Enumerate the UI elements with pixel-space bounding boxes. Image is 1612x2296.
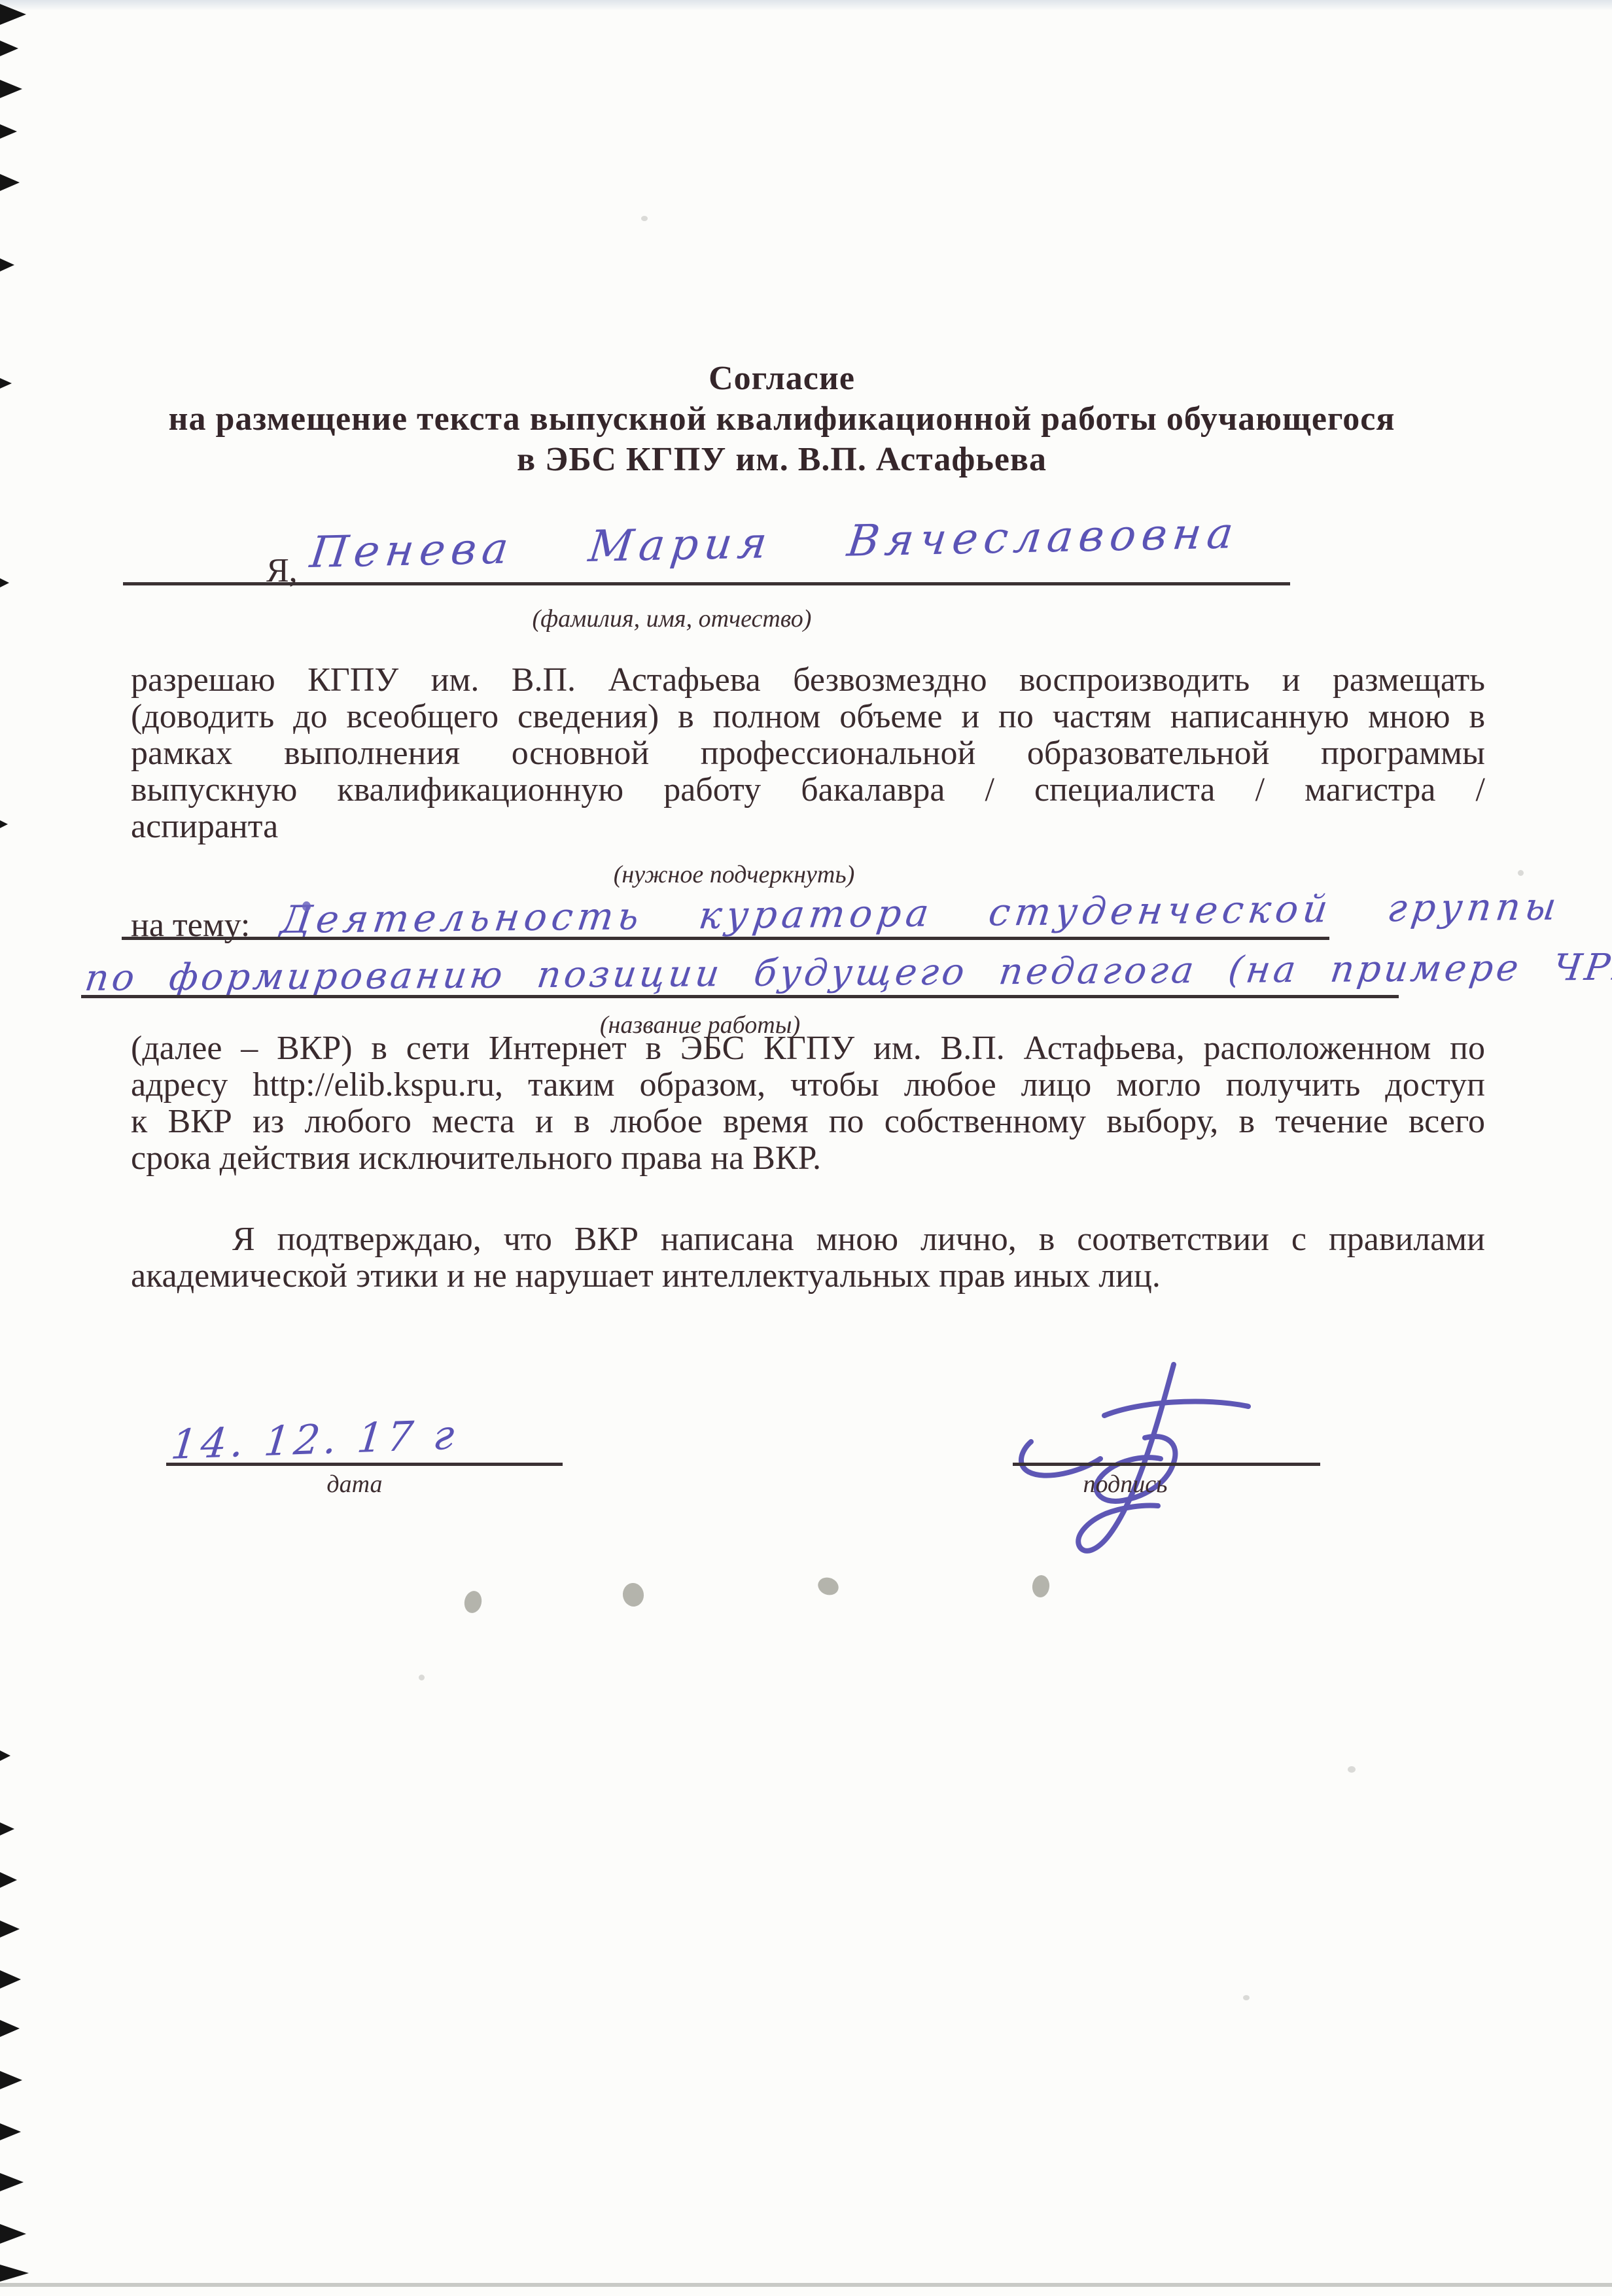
dust-speck <box>419 1675 425 1680</box>
handwritten-signature <box>989 1359 1277 1556</box>
name-caption: (фамилия, имя, отчество) <box>533 604 812 633</box>
scan-edge-mark <box>0 2071 22 2089</box>
scan-edge-mark <box>0 378 12 389</box>
scan-edge-mark <box>0 2265 29 2282</box>
scan-edge-mark <box>0 258 14 271</box>
dust-speck <box>641 216 648 221</box>
topic-underline-rule-2 <box>81 995 1399 998</box>
scan-edge-mark <box>0 1872 17 1888</box>
scan-edge-mark <box>0 124 17 139</box>
paragraph-line: (далее – ВКР) в сети Интернет в ЭБС КГПУ… <box>131 1030 1485 1067</box>
signature-caption: подпись <box>1083 1470 1168 1499</box>
paragraph-line: (доводить до всеобщего сведения) в полно… <box>131 699 1485 735</box>
scan-edge-mark <box>0 1970 21 1989</box>
scan-speck <box>622 1582 646 1608</box>
handwritten-topic-line-2: по формированию позиции будущего педагог… <box>82 945 1612 1000</box>
handwritten-date: 14. 12. 17 г <box>169 1410 461 1469</box>
scan-edge-mark <box>0 174 20 191</box>
paragraph-line: к ВКР из любого места и в любое время по… <box>131 1104 1485 1140</box>
dust-speck <box>1348 1766 1356 1773</box>
document-title: Согласие на размещение текста выпускной … <box>85 358 1479 480</box>
paragraph-access: (далее – ВКР) в сети Интернет в ЭБС КГПУ… <box>131 1030 1485 1177</box>
paragraph-line: разрешаю КГПУ им. В.П. Астафьева безвозм… <box>131 662 1485 699</box>
scan-edge-mark <box>0 2020 20 2037</box>
paragraph-line: выпускную квалификационную работу бакала… <box>131 772 1485 809</box>
dust-speck <box>1243 1995 1250 2000</box>
title-line-3: в ЭБС КГПУ им. В.П. Астафьева <box>85 440 1479 480</box>
paragraph-line: адресу http://elib.kspu.ru, таким образо… <box>131 1067 1485 1104</box>
signature-rule <box>1013 1463 1320 1466</box>
paragraph-line: рамках выполнения основной профессиональ… <box>131 735 1485 772</box>
paragraph-permission: разрешаю КГПУ им. В.П. Астафьева безвозм… <box>131 662 1485 845</box>
scan-speck <box>463 1590 484 1615</box>
scan-speck <box>1031 1574 1050 1599</box>
scan-edge-mark <box>0 80 22 98</box>
scan-edge-mark <box>0 1921 20 1938</box>
scan-edge-mark <box>0 2173 24 2191</box>
scan-edge-mark <box>0 1750 10 1761</box>
paragraph-confirmation: Я подтверждаю, что ВКР написана мною лич… <box>131 1221 1485 1295</box>
scan-bottom-edge-artifact <box>0 2283 1612 2287</box>
scanned-consent-document: Согласие на размещение текста выпускной … <box>0 0 1612 2296</box>
name-underline-rule <box>123 582 1290 585</box>
paragraph-line: академической этики и не нарушает интелл… <box>131 1258 1485 1295</box>
handwritten-name: Пенева Мария Вячеславовна <box>307 508 1242 578</box>
scan-edge-mark <box>0 2123 21 2140</box>
scan-edge-mark <box>0 2224 26 2244</box>
scan-edge-mark <box>0 820 8 828</box>
underline-note: (нужное подчеркнуть) <box>614 860 855 889</box>
scan-top-edge-artifact <box>0 0 1612 10</box>
paragraph-line: аспиранта <box>131 809 1485 845</box>
date-caption: дата <box>326 1470 382 1499</box>
paragraph-line: срока действия исключительного права на … <box>131 1140 1485 1177</box>
scan-edge-mark <box>0 41 18 56</box>
topic-underline-rule-1 <box>122 937 1329 940</box>
scan-speck <box>816 1574 841 1597</box>
title-line-2: на размещение текста выпускной квалифика… <box>85 399 1479 440</box>
scan-edge-mark <box>0 578 9 587</box>
paragraph-line: Я подтверждаю, что ВКР написана мною лич… <box>131 1221 1485 1258</box>
title-line-1: Согласие <box>85 358 1479 399</box>
date-rule <box>166 1463 563 1466</box>
dust-speck <box>1518 870 1524 876</box>
scan-edge-mark <box>0 1822 14 1835</box>
handwritten-topic-line-1: Деятельность куратора студенческой групп… <box>278 884 1564 942</box>
ink-speck <box>302 901 311 911</box>
scan-edge-mark <box>0 4 26 25</box>
